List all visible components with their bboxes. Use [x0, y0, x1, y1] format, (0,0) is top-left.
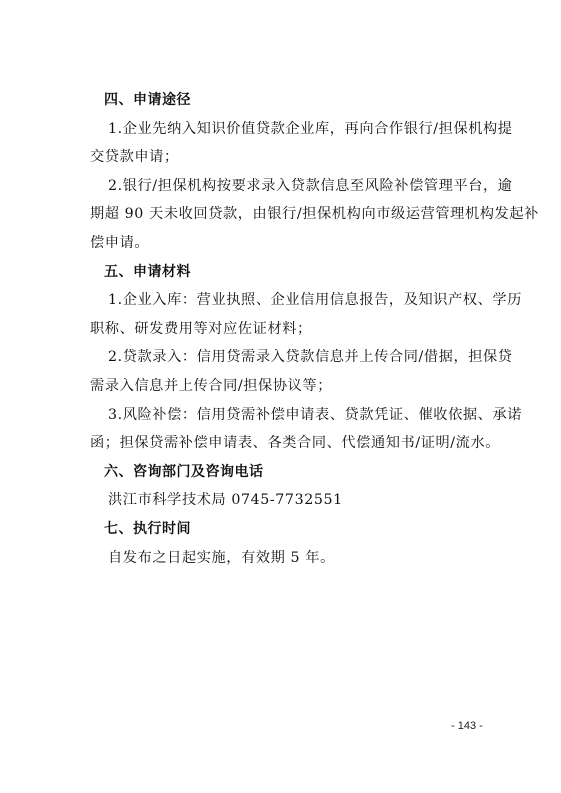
- section-heading-application-materials: 五、申请材料: [90, 258, 482, 287]
- paragraph-line: 需录入信息并上传合同/担保协议等；: [90, 372, 482, 401]
- paragraph-line: 2.银行/担保机构按要求录入贷款信息至风险补偿管理平台，逾: [90, 172, 482, 201]
- contact-info: 洪江市科学技术局 0745-7732551: [90, 486, 482, 515]
- paragraph-line: 1.企业先纳入知识价值贷款企业库，再向合作银行/担保机构提: [90, 115, 482, 144]
- paragraph-line: 期超 90 天未收回贷款，由银行/担保机构向市级运营管理机构发起补: [90, 200, 482, 229]
- document-page: 四、申请途径 1.企业先纳入知识价值贷款企业库，再向合作银行/担保机构提 交贷款…: [0, 0, 561, 793]
- paragraph-line: 3.风险补偿：信用贷需补偿申请表、贷款凭证、催收依据、承诺: [90, 401, 482, 430]
- paragraph-line: 偿申请。: [90, 229, 482, 258]
- section-heading-contact: 六、咨询部门及咨询电话: [90, 458, 482, 487]
- paragraph-line: 交贷款申请；: [90, 143, 482, 172]
- paragraph-line: 函；担保贷需补偿申请表、各类合同、代偿通知书/证明/流水。: [90, 429, 482, 458]
- paragraph-line: 2.贷款录入：信用贷需录入贷款信息并上传合同/借据，担保贷: [90, 343, 482, 372]
- paragraph-line: 职称、研发费用等对应佐证材料；: [90, 315, 482, 344]
- page-number: - 143 -: [451, 720, 483, 732]
- section-heading-application-channel: 四、申请途径: [90, 86, 482, 115]
- paragraph-line: 1.企业入库：营业执照、企业信用信息报告，及知识产权、学历: [90, 286, 482, 315]
- page-content: 四、申请途径 1.企业先纳入知识价值贷款企业库，再向合作银行/担保机构提 交贷款…: [90, 86, 482, 572]
- effective-period: 自发布之日起实施，有效期 5 年。: [90, 544, 482, 573]
- section-heading-effective-date: 七、执行时间: [90, 515, 482, 544]
